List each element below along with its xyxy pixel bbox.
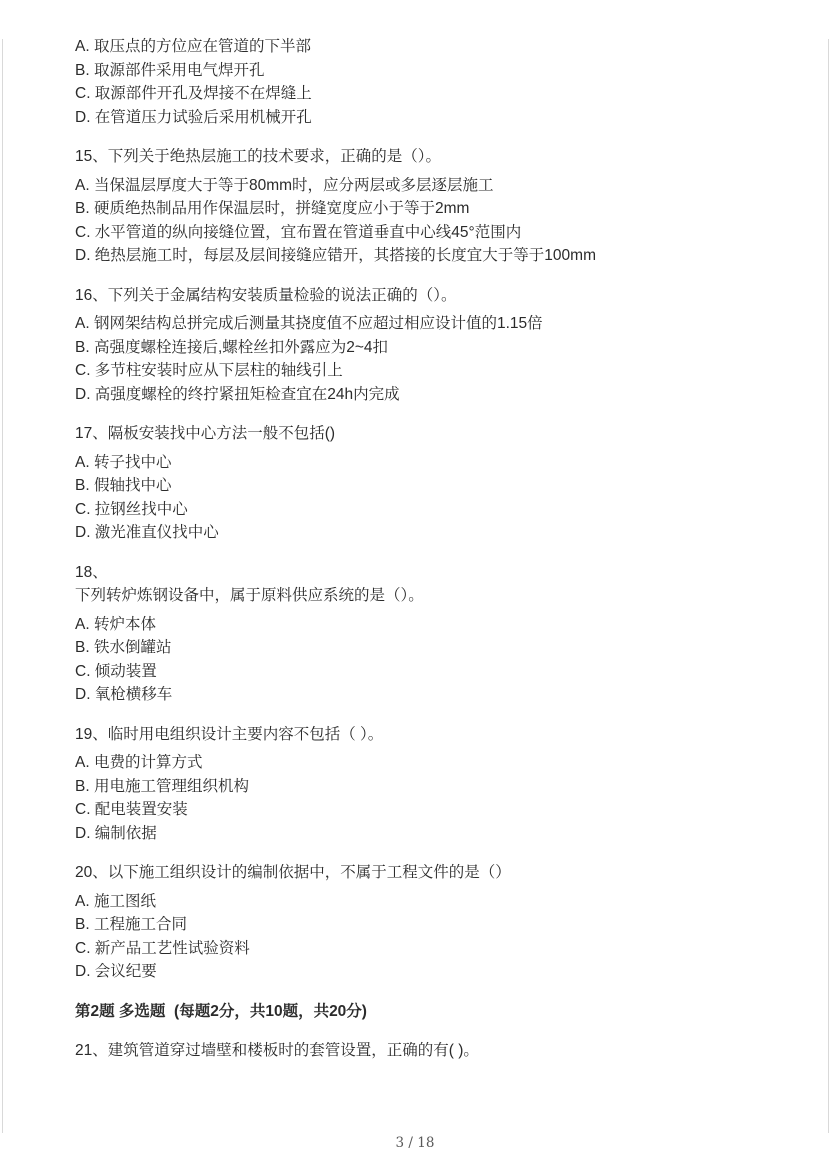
question-19: 19、临时用电组织设计主要内容不包括（ ）。 A. 电费的计算方式 B. 用电施… xyxy=(75,723,760,846)
option-line: C. 拉钢丝找中心 xyxy=(75,498,760,522)
option-line: D. 编制依据 xyxy=(75,822,760,846)
option-line: C. 多节柱安装时应从下层柱的轴线引上 xyxy=(75,359,760,383)
option-line: D. 在管道压力试验后采用机械开孔 xyxy=(75,106,760,130)
option-line: B. 高强度螺栓连接后,螺栓丝扣外露应为2~4扣 xyxy=(75,336,760,360)
option-line: B. 工程施工合同 xyxy=(75,913,760,937)
option-line: D. 会议纪要 xyxy=(75,960,760,984)
option-line: B. 用电施工管理组织机构 xyxy=(75,775,760,799)
option-line: A. 转子找中心 xyxy=(75,451,760,475)
question-16: 16、下列关于金属结构安装质量检验的说法正确的（）。 A. 钢网架结构总拼完成后… xyxy=(75,284,760,407)
question-title: 17、隔板安装找中心方法一般不包括() xyxy=(75,422,760,446)
option-line: C. 新产品工艺性试验资料 xyxy=(75,937,760,961)
option-line: B. 假轴找中心 xyxy=(75,474,760,498)
question-title: 21、建筑管道穿过墙壁和楼板时的套管设置，正确的有( )。 xyxy=(75,1039,760,1063)
option-line: A. 取压点的方位应在管道的下半部 xyxy=(75,35,760,59)
question-title: 19、临时用电组织设计主要内容不包括（ ）。 xyxy=(75,723,760,747)
question-number: 18、 xyxy=(75,561,760,585)
option-line: D. 激光准直仪找中心 xyxy=(75,521,760,545)
option-line: A. 施工图纸 xyxy=(75,890,760,914)
option-line: B. 铁水倒罐站 xyxy=(75,636,760,660)
question-title: 15、下列关于绝热层施工的技术要求，正确的是（）。 xyxy=(75,145,760,169)
question-21: 21、建筑管道穿过墙壁和楼板时的套管设置，正确的有( )。 xyxy=(75,1039,760,1063)
section-heading: 第2题 多选题 (每题2分，共10题，共20分) xyxy=(75,1000,760,1024)
document-page: A. 取压点的方位应在管道的下半部 B. 取源部件采用电气焊开孔 C. 取源部件… xyxy=(0,0,830,1175)
option-line: C. 水平管道的纵向接缝位置，宜布置在管道垂直中心线45°范围内 xyxy=(75,221,760,245)
option-line: B. 硬质绝热制品用作保温层时，拼缝宽度应小于等于2mm xyxy=(75,197,760,221)
question-20: 20、以下施工组织设计的编制依据中，不属于工程文件的是（） A. 施工图纸 B.… xyxy=(75,861,760,984)
option-line: D. 高强度螺栓的终拧紧扭矩检查宜在24h内完成 xyxy=(75,383,760,407)
page-number-footer: 3 / 18 xyxy=(0,1135,830,1151)
question-15: 15、下列关于绝热层施工的技术要求，正确的是（）。 A. 当保温层厚度大于等于8… xyxy=(75,145,760,268)
question-18: 18、 下列转炉炼钢设备中，属于原料供应系统的是（）。 A. 转炉本体 B. 铁… xyxy=(75,561,760,707)
option-line: A. 当保温层厚度大于等于80mm时，应分两层或多层逐层施工 xyxy=(75,174,760,198)
option-line: D. 氧枪横移车 xyxy=(75,683,760,707)
question-title: 20、以下施工组织设计的编制依据中，不属于工程文件的是（） xyxy=(75,861,760,885)
question-14-options-continued: A. 取压点的方位应在管道的下半部 B. 取源部件采用电气焊开孔 C. 取源部件… xyxy=(75,35,760,129)
option-line: A. 电费的计算方式 xyxy=(75,751,760,775)
option-line: C. 倾动装置 xyxy=(75,660,760,684)
exam-page-content: A. 取压点的方位应在管道的下半部 B. 取源部件采用电气焊开孔 C. 取源部件… xyxy=(0,0,830,1063)
option-line: C. 配电装置安装 xyxy=(75,798,760,822)
option-line: A. 转炉本体 xyxy=(75,613,760,637)
question-title: 下列转炉炼钢设备中，属于原料供应系统的是（）。 xyxy=(75,584,760,608)
option-line: B. 取源部件采用电气焊开孔 xyxy=(75,59,760,83)
option-line: D. 绝热层施工时，每层及层间接缝应错开，其搭接的长度宜大于等于100mm xyxy=(75,244,760,268)
question-17: 17、隔板安装找中心方法一般不包括() A. 转子找中心 B. 假轴找中心 C.… xyxy=(75,422,760,545)
option-line: A. 钢网架结构总拼完成后测量其挠度值不应超过相应设计值的1.15倍 xyxy=(75,312,760,336)
option-line: C. 取源部件开孔及焊接不在焊缝上 xyxy=(75,82,760,106)
question-title: 16、下列关于金属结构安装质量检验的说法正确的（）。 xyxy=(75,284,760,308)
